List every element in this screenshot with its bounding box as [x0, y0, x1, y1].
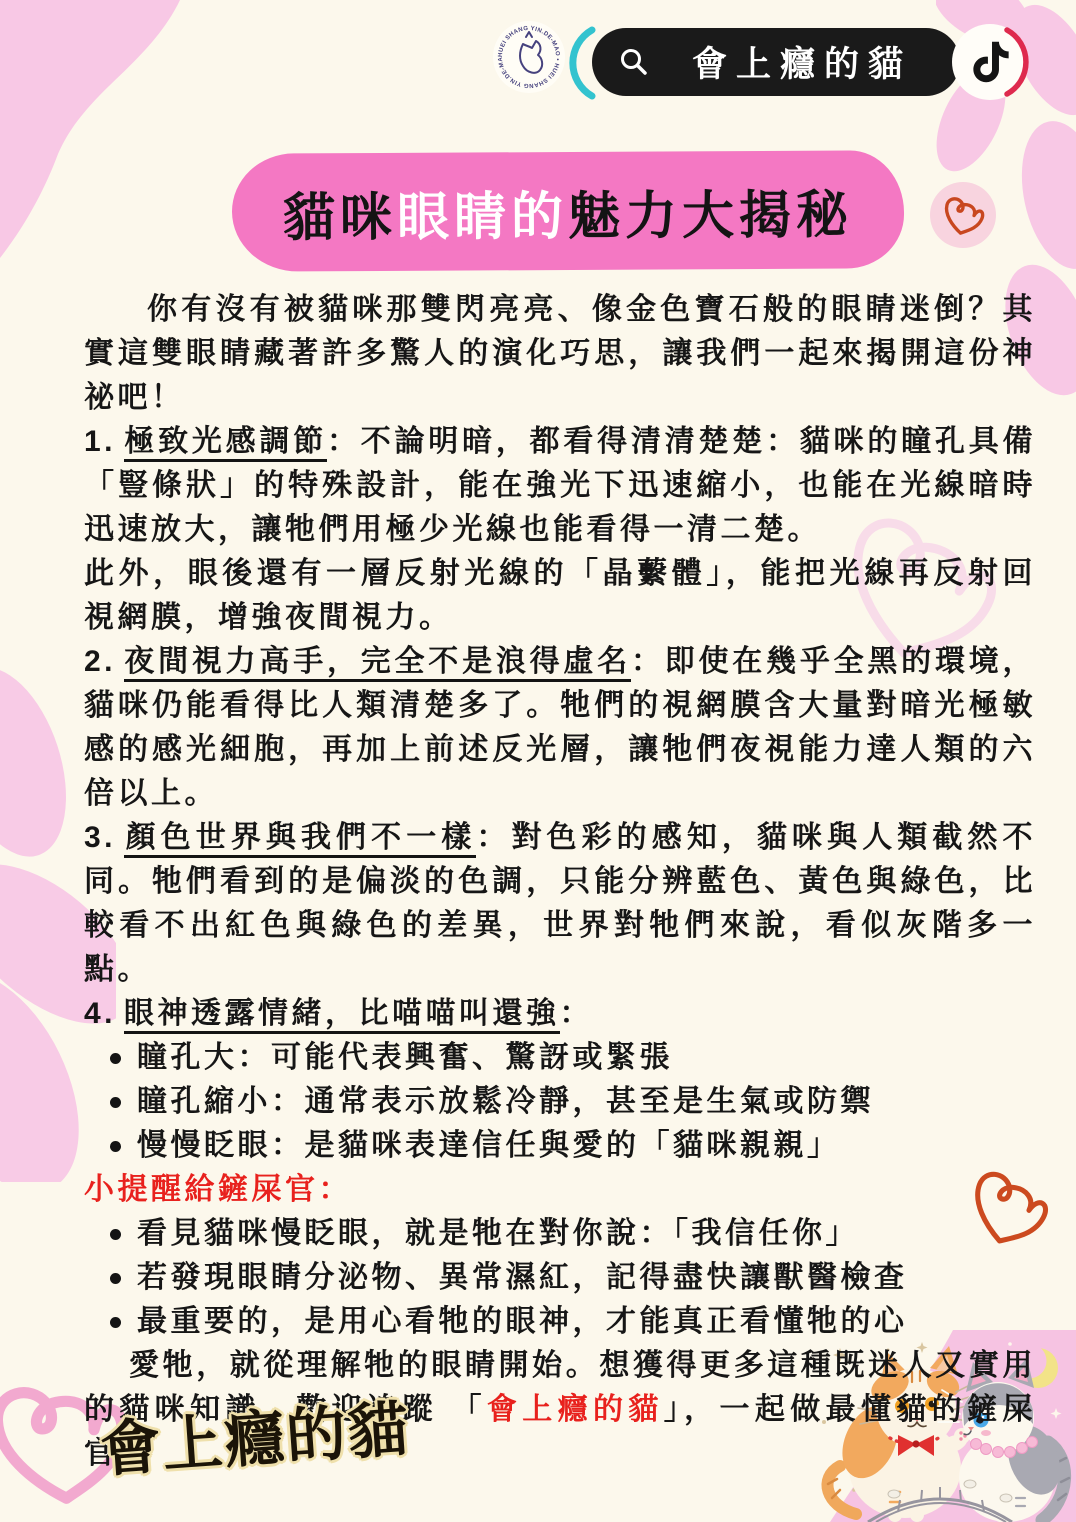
- title-seg-3: 魅力大揭秘: [568, 186, 853, 245]
- section-1-extra: 此外，眼後還有一層反射光線的「晶蘻體」，能把光線再反射回視網膜，增強夜間視力。: [84, 552, 1036, 640]
- section-4: 4.眼神透露情緒，比喵喵叫還強：: [84, 992, 1036, 1036]
- list-item: 瞳孔縮小：通常表示放鬆冷靜，甚至是生氣或防禦: [84, 1080, 1036, 1124]
- bullet-text: 瞳孔縮小：通常表示放鬆冷靜，甚至是生氣或防禦: [137, 1080, 874, 1124]
- cat-logo-icon: HUEI SHANG YIN.DE-MAO • HUEI SHANG YIN.D…: [492, 20, 566, 94]
- list-item: 瞳孔大：可能代表興奮、驚訝或緊張: [84, 1036, 1036, 1080]
- title-seg-1: 貓咪: [283, 188, 397, 247]
- magnifier-icon: [618, 46, 650, 78]
- bullet-text: 瞳孔大：可能代表興奮、驚訝或緊張: [137, 1036, 673, 1080]
- bullet-dot: [110, 1317, 121, 1328]
- section-3-heading: 顏色世界與我們不一樣: [124, 821, 476, 858]
- section-1: 1.極致光感調節：不論明暗，都看得清清楚楚：貓咪的瞳孔具備「豎條狀」的特殊設計，…: [84, 420, 1036, 552]
- section-4-bullets: 瞳孔大：可能代表興奮、驚訝或緊張 瞳孔縮小：通常表示放鬆冷靜，甚至是生氣或防禦 …: [84, 1036, 1036, 1168]
- heart-badge: [930, 182, 996, 248]
- list-item: 若發現眼睛分泌物、異常濕紅，記得盡快讓獸醫檢查: [84, 1256, 1036, 1300]
- brand-name: 會上癮的貓: [487, 1393, 664, 1426]
- tip-bullets: 看見貓咪慢眨眼，就是牠在對你說：「我信任你」 若發現眼睛分泌物、異常濕紅，記得盡…: [84, 1212, 1036, 1344]
- list-item: 最重要的，是用心看牠的眼神，才能真正看懂牠的心: [84, 1300, 1036, 1344]
- bullet-dot: [110, 1141, 121, 1152]
- list-item: 慢慢眨眼：是貓咪表達信任與愛的「貓咪親親」: [84, 1124, 1036, 1168]
- bullet-text: 若發現眼睛分泌物、異常濕紅，記得盡快讓獸醫檢查: [137, 1256, 908, 1300]
- intro-paragraph: 你有沒有被貓咪那雙閃亮亮、像金色寶石般的眼睛迷倒？其實這雙眼睛藏著許多驚人的演化…: [84, 288, 1036, 420]
- tip-heading: 小提醒給鏟屎官：: [84, 1168, 1036, 1212]
- section-2-heading: 夜間視力高手，完全不是浪得虛名: [124, 645, 631, 682]
- bullet-text: 最重要的，是用心看牠的眼神，才能真正看懂牠的心: [137, 1300, 908, 1344]
- bullet-text: 看見貓咪慢眨眼，就是牠在對你說：「我信任你」: [137, 1212, 859, 1256]
- section-3: 3.顏色世界與我們不一樣：對色彩的感知，貓咪與人類截然不同。牠們看到的是偏淡的色…: [84, 816, 1036, 992]
- bullet-dot: [110, 1229, 121, 1240]
- bullet-text: 慢慢眨眼：是貓咪表達信任與愛的「貓咪親親」: [137, 1124, 841, 1168]
- section-3-number: 3.: [84, 821, 116, 854]
- heart-doodle-icon: [939, 191, 987, 239]
- tiktok-note-icon[interactable]: [950, 22, 1030, 102]
- section-1-heading: 極致光感調節: [124, 425, 327, 462]
- bullet-dot: [110, 1097, 121, 1108]
- article-body: 你有沒有被貓咪那雙閃亮亮、像金色寶石般的眼睛迷倒？其實這雙眼睛藏著許多驚人的演化…: [84, 288, 1036, 1476]
- section-1-number: 1.: [84, 425, 116, 458]
- search-label: 會上癮的貓: [670, 37, 934, 87]
- corner-blob-top-left: [0, 0, 260, 270]
- section-2-number: 2.: [84, 645, 116, 678]
- search-bar[interactable]: 會上癮的貓: [592, 28, 960, 96]
- section-4-heading: 眼神透露情緒，比喵喵叫還強: [124, 997, 560, 1034]
- bullet-dot: [110, 1053, 121, 1064]
- section-4-number: 4.: [84, 997, 116, 1030]
- bullet-dot: [110, 1273, 121, 1284]
- title-seg-2: 眼睛的: [397, 188, 568, 247]
- page-title: 貓咪眼睛的魅力大揭秘: [283, 172, 853, 250]
- title-banner: 貓咪眼睛的魅力大揭秘: [232, 150, 905, 272]
- list-item: 看見貓咪慢眨眼，就是牠在對你說：「我信任你」: [84, 1212, 1036, 1256]
- poster-page: HUEI SHANG YIN.DE-MAO • HUEI SHANG YIN.D…: [0, 0, 1076, 1522]
- section-4-colon: ：: [560, 997, 594, 1030]
- section-2: 2.夜間視力高手，完全不是浪得虛名：即使在幾乎全黑的環境，貓咪仍能看得比人類清楚…: [84, 640, 1036, 816]
